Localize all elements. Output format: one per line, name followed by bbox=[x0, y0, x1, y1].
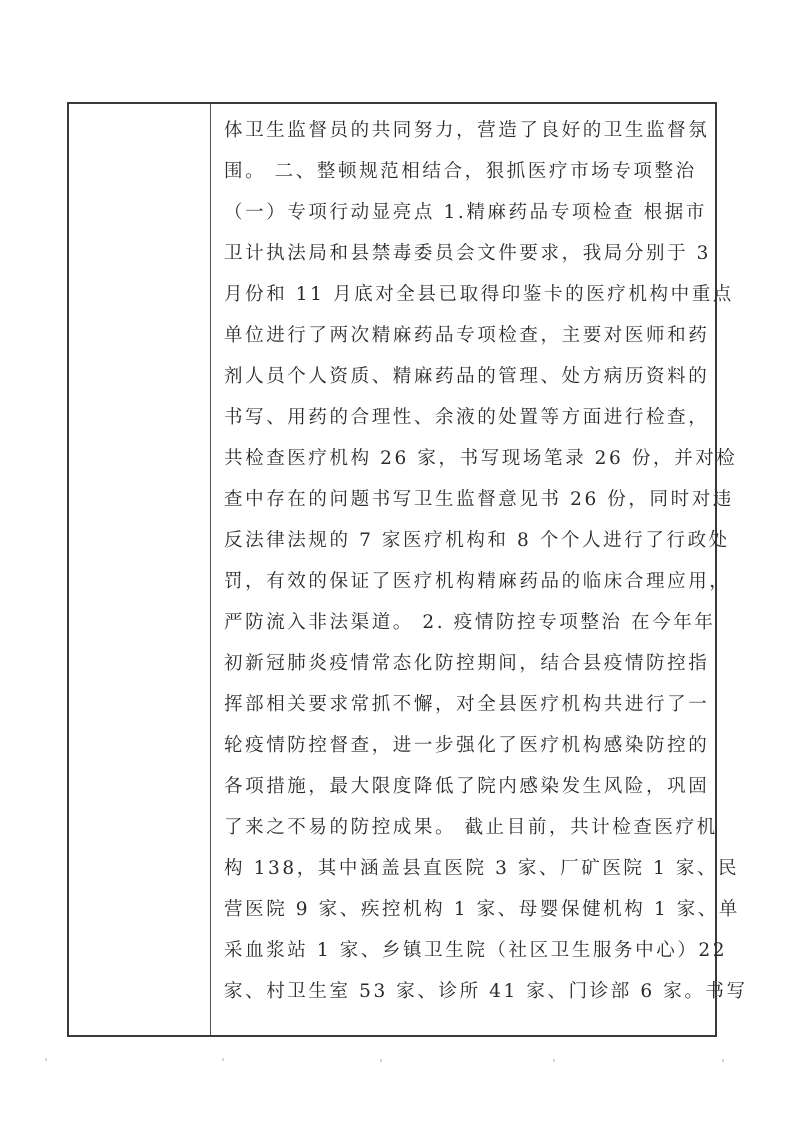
text-line: 构 138，其中涵盖县直医院 3 家、厂矿医院 1 家、民 bbox=[224, 854, 714, 895]
text-line: 严防流入非法渠道。 2. 疫情防控专项整治 在今年年 bbox=[224, 608, 714, 649]
table-right-cell: 体卫生监督员的共同努力，营造了良好的卫生监督氛 围。 二、整顿规范相结合，狠抓医… bbox=[212, 104, 715, 1035]
text-line: 剂人员个人资质、精麻药品的管理、处方病历资料的 bbox=[224, 362, 714, 403]
speck bbox=[45, 1058, 47, 1061]
speck bbox=[553, 1059, 555, 1062]
text-line: 共检查医疗机构 26 家，书写现场笔录 26 份，并对检 bbox=[224, 444, 714, 485]
text-line: 卫计执法局和县禁毒委员会文件要求，我局分别于 3 bbox=[224, 239, 714, 280]
text-line: 轮疫情防控督查，进一步强化了医疗机构感染防控的 bbox=[224, 731, 714, 772]
text-line: 了来之不易的防控成果。 截止目前，共计检查医疗机 bbox=[224, 813, 714, 854]
text-line: 书写、用药的合理性、余液的处置等方面进行检查， bbox=[224, 403, 714, 444]
text-line: 初新冠肺炎疫情常态化防控期间，结合县疫情防控指 bbox=[224, 649, 714, 690]
text-line: 反法律法规的 7 家医疗机构和 8 个个人进行了行政处 bbox=[224, 526, 714, 567]
table-left-cell bbox=[69, 104, 211, 1035]
text-line: 采血浆站 1 家、乡镇卫生院（社区卫生服务中心）22 bbox=[224, 936, 714, 977]
text-line: 家、村卫生室 53 家、诊所 41 家、门诊部 6 家。书写 bbox=[224, 977, 714, 1018]
text-line: 单位进行了两次精麻药品专项检查，主要对医师和药 bbox=[224, 321, 714, 362]
speck bbox=[380, 1059, 382, 1062]
speck bbox=[722, 1059, 724, 1062]
text-line: 营医院 9 家、疾控机构 1 家、母婴保健机构 1 家、单 bbox=[224, 895, 714, 936]
text-line: 罚，有效的保证了医疗机构精麻药品的临床合理应用， bbox=[224, 567, 714, 608]
text-line: （一）专项行动显亮点 1.精麻药品专项检查 根据市 bbox=[224, 198, 714, 239]
text-line: 各项措施，最大限度降低了院内感染发生风险，巩固 bbox=[224, 772, 714, 813]
text-line: 查中存在的问题书写卫生监督意见书 26 份，同时对违 bbox=[224, 485, 714, 526]
text-line: 体卫生监督员的共同努力，营造了良好的卫生监督氛 bbox=[224, 116, 714, 157]
text-line: 围。 二、整顿规范相结合，狠抓医疗市场专项整治 bbox=[224, 157, 714, 198]
content-table: 体卫生监督员的共同努力，营造了良好的卫生监督氛 围。 二、整顿规范相结合，狠抓医… bbox=[67, 102, 717, 1037]
speck bbox=[222, 1058, 224, 1061]
text-line: 月份和 11 月底对全县已取得印鉴卡的医疗机构中重点 bbox=[224, 280, 714, 321]
paragraph-text: 体卫生监督员的共同努力，营造了良好的卫生监督氛 围。 二、整顿规范相结合，狠抓医… bbox=[224, 116, 714, 1018]
text-line: 挥部相关要求常抓不懈，对全县医疗机构共进行了一 bbox=[224, 690, 714, 731]
